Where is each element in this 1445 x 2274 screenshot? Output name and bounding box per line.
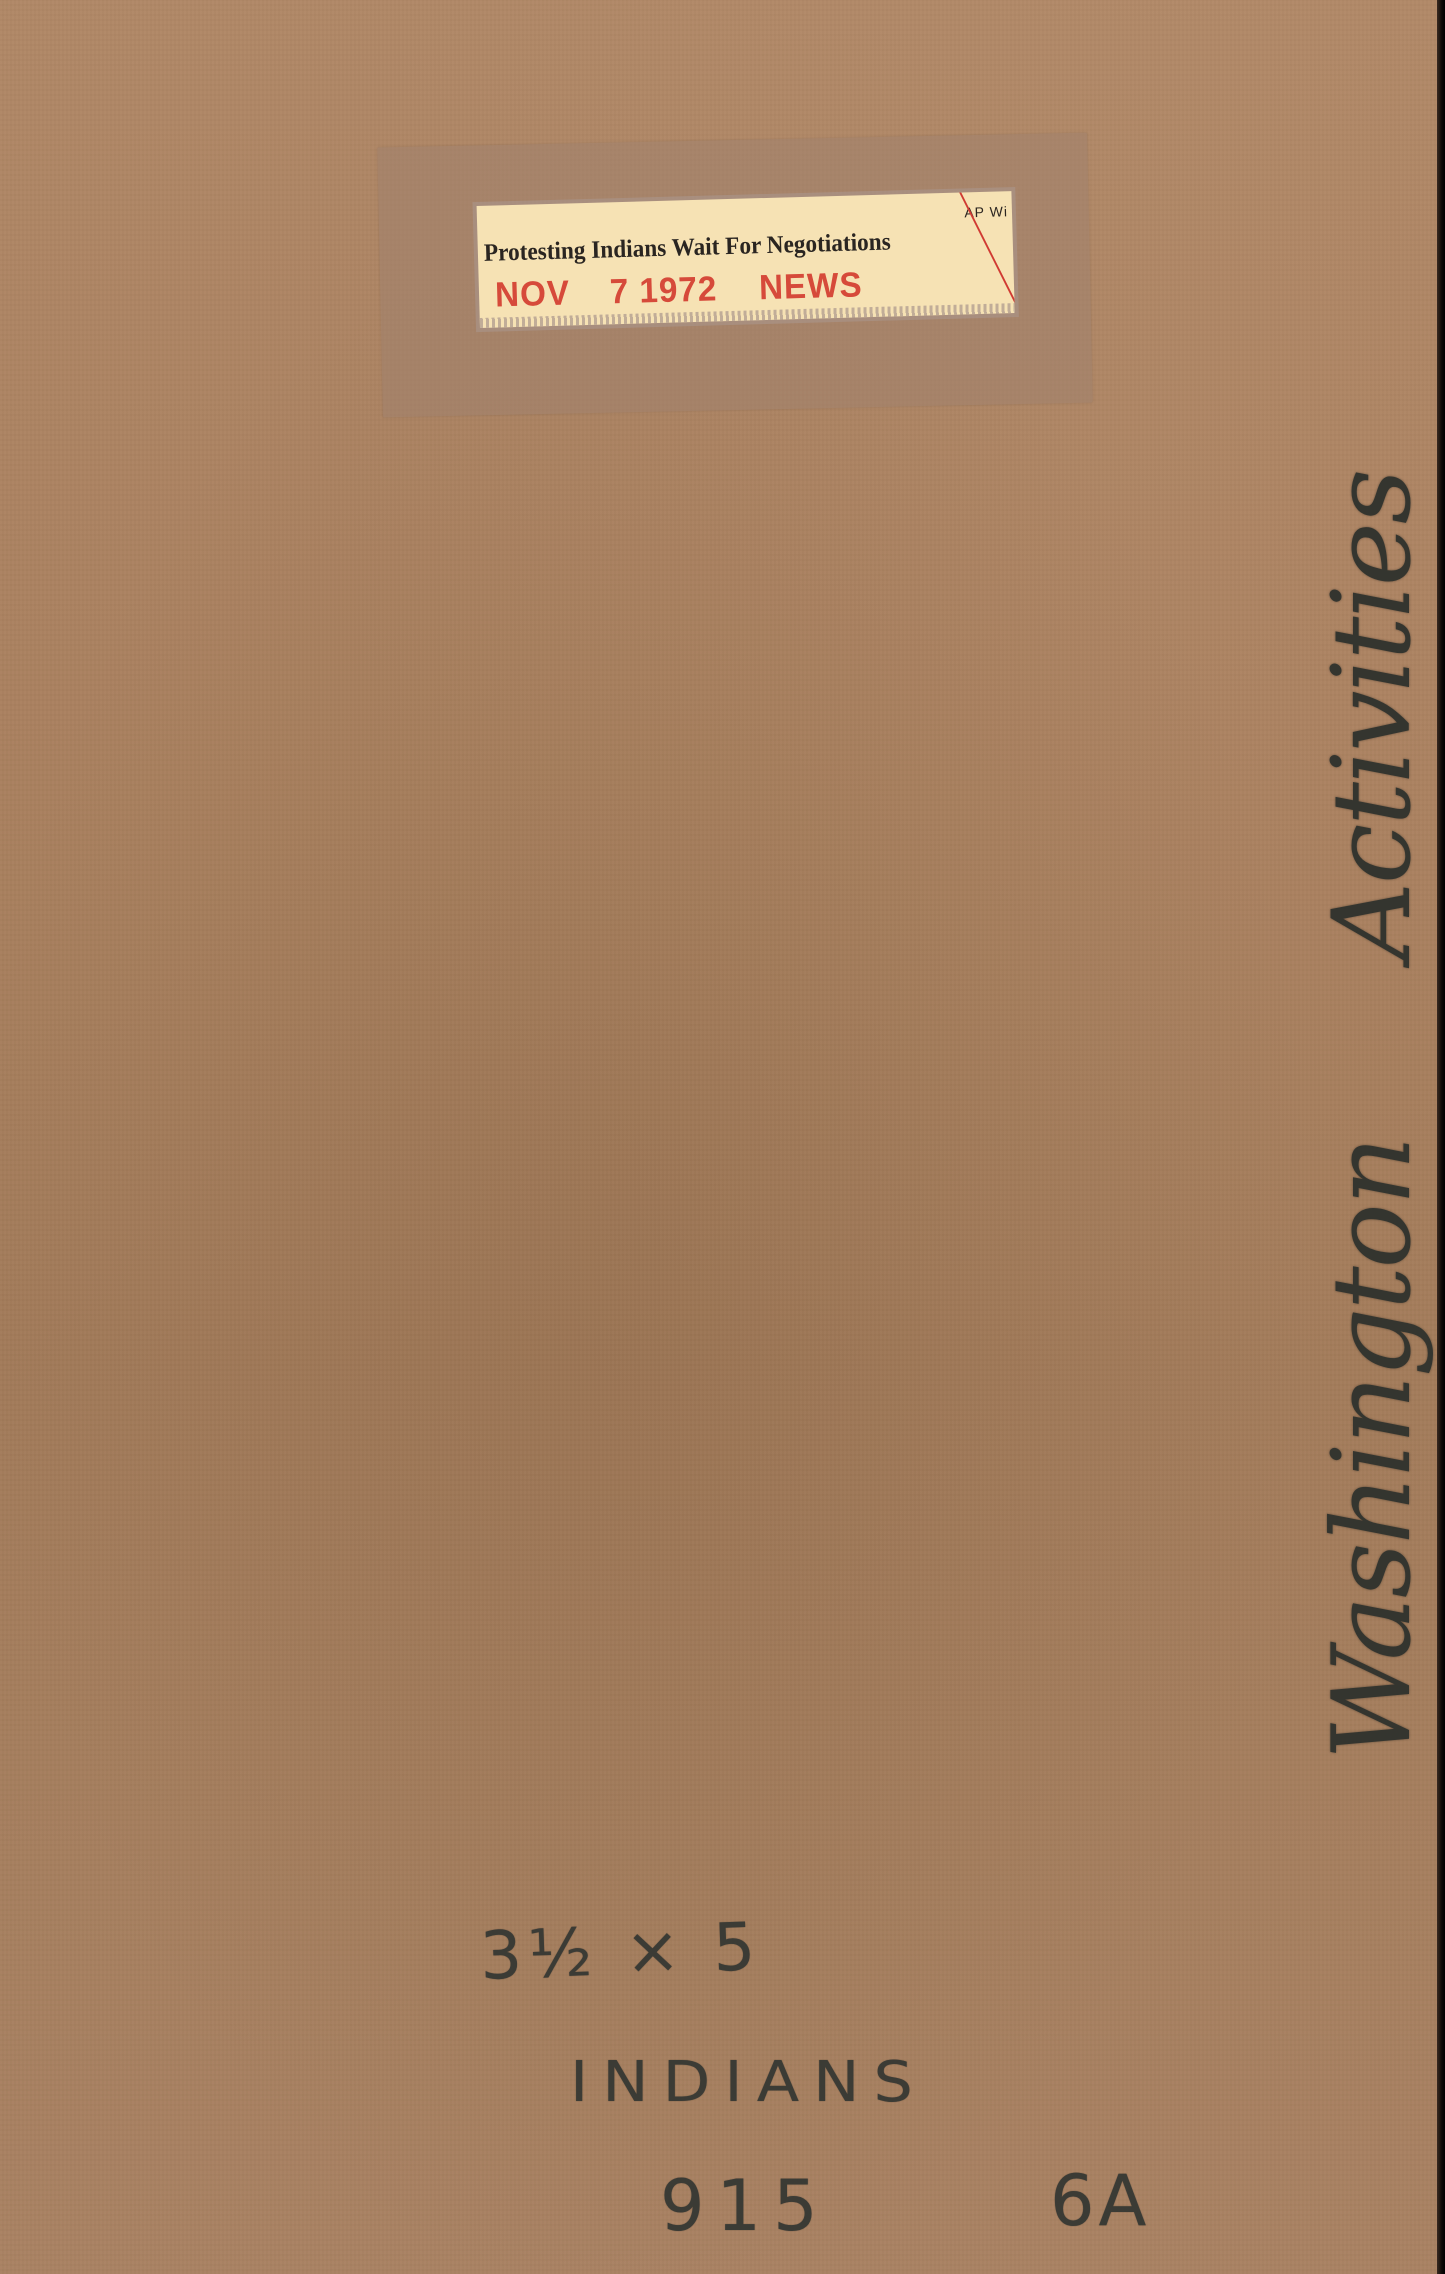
newspaper-clipping: AP Wi Protesting Indians Wait For Negoti… (477, 191, 1015, 328)
vertical-handwritten-caption: Washington Activities (1290, 380, 1445, 1780)
file-code-right: 6A (1050, 2160, 1150, 2242)
handwritten-word-washington: Washington (1310, 1138, 1435, 1760)
subject-note: INDIANS (570, 2049, 927, 2115)
handwritten-word-activities: Activities (1310, 471, 1435, 960)
stamp-month: NOV (495, 273, 571, 315)
handwritten-file-notes: 3½ × 5 INDIANS 915 6A (460, 1905, 1200, 2265)
size-note: 3½ × 5 (479, 1908, 763, 1995)
scan-edge-shadow (1437, 0, 1445, 2274)
photo-back-paper: AP Wi Protesting Indians Wait For Negoti… (0, 0, 1437, 2274)
stamp-section: NEWS (758, 265, 863, 308)
stamp-date: 7 1972 (609, 269, 717, 312)
file-code-left: 915 (660, 2165, 830, 2247)
clipping-headline: Protesting Indians Wait For Negotiations (484, 229, 892, 268)
